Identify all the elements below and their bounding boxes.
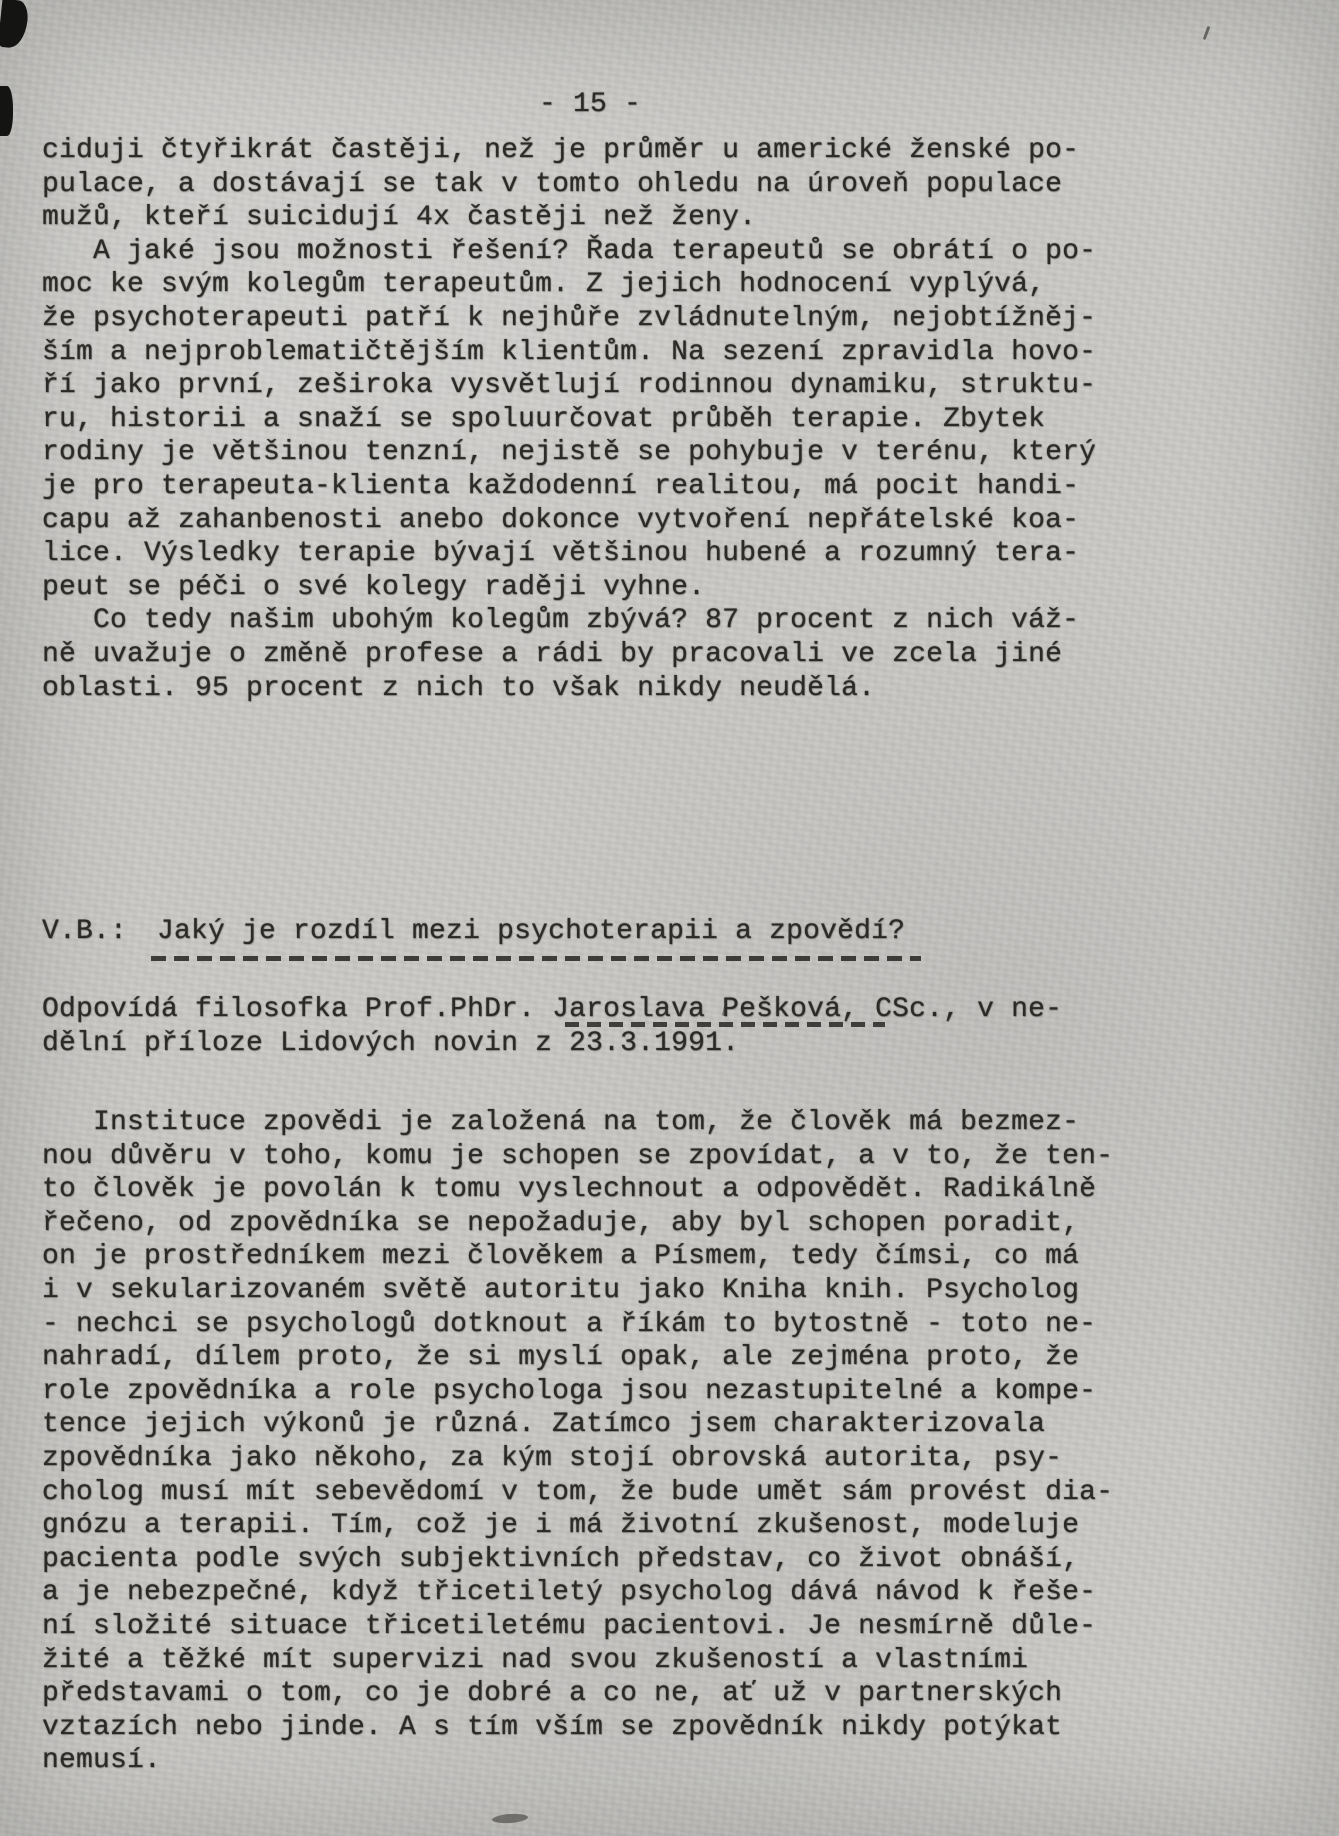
publication-date: 23.3.1991.	[569, 1028, 739, 1059]
page-number: - 15 -	[0, 88, 1180, 122]
attribution-line-1: Odpovídá filosofka Prof.PhDr. Jaroslava …	[42, 993, 1062, 1027]
date-underline-mark	[565, 1022, 885, 1027]
attribution-line-2: dělní příloze Lidových novin z 23.3.1991…	[42, 1027, 1062, 1061]
publication-date-wrap: 23.3.1991.	[569, 1027, 739, 1061]
attribution-prefix: dělní příloze Lidových novin z	[42, 1028, 569, 1059]
article-text: ciduji čtyřikrát častěji, než je průměr …	[42, 134, 1096, 705]
scan-speck	[1203, 26, 1211, 40]
question-heading: Jaký je rozdíl mezi psychoterapii a zpov…	[157, 915, 905, 949]
paragraph-continuation: ciduji čtyřikrát častěji, než je průměr …	[42, 134, 1096, 235]
scan-artifact-smudge	[492, 1813, 529, 1824]
paragraph-statistics: Co tedy našim ubohým kolegům zbývá? 87 p…	[42, 604, 1096, 705]
question-heading-row: V.B.:Jaký je rozdíl mezi psychoterapii a…	[42, 915, 905, 949]
speaker-label: V.B.:	[42, 915, 127, 949]
attribution: Odpovídá filosofka Prof.PhDr. Jaroslava …	[42, 993, 1062, 1060]
scanned-typewritten-page: - 15 - ciduji čtyřikrát častěji, než je …	[0, 0, 1339, 1836]
paragraph-solutions: A jaké jsou možnosti řešení? Řada terape…	[42, 235, 1096, 605]
scan-artifact-corner	[0, 0, 29, 49]
answer-paragraph: Instituce zpovědi je založená na tom, že…	[42, 1106, 1113, 1778]
